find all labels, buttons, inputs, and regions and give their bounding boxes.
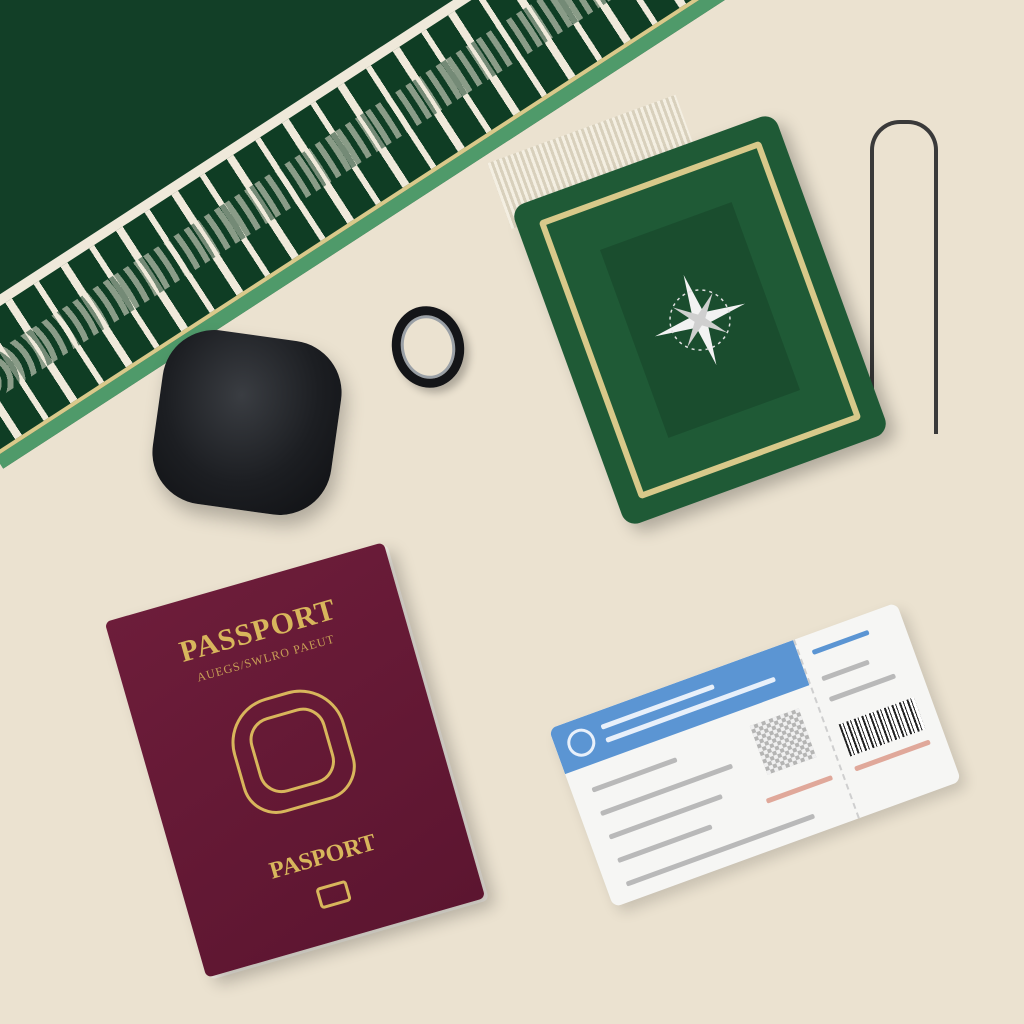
smart-ring bbox=[384, 299, 471, 394]
qr-code-icon bbox=[750, 708, 817, 775]
earbud-case bbox=[146, 323, 349, 521]
prayer-mat-pouch bbox=[510, 112, 889, 527]
passport: PASSPORT AUEGS/SWLRO PAEUT PASPORT bbox=[105, 542, 486, 978]
wrist-strap bbox=[870, 120, 938, 434]
boarding-pass bbox=[549, 602, 962, 907]
compass-rose-icon bbox=[636, 256, 764, 384]
calligraphy-emblem-icon bbox=[221, 679, 364, 822]
airline-logo-icon bbox=[563, 725, 599, 761]
biometric-chip-icon bbox=[315, 880, 352, 910]
boarding-pass-stub bbox=[793, 602, 961, 818]
scene-background: PASSPORT AUEGS/SWLRO PAEUT PASPORT bbox=[0, 0, 1024, 1024]
